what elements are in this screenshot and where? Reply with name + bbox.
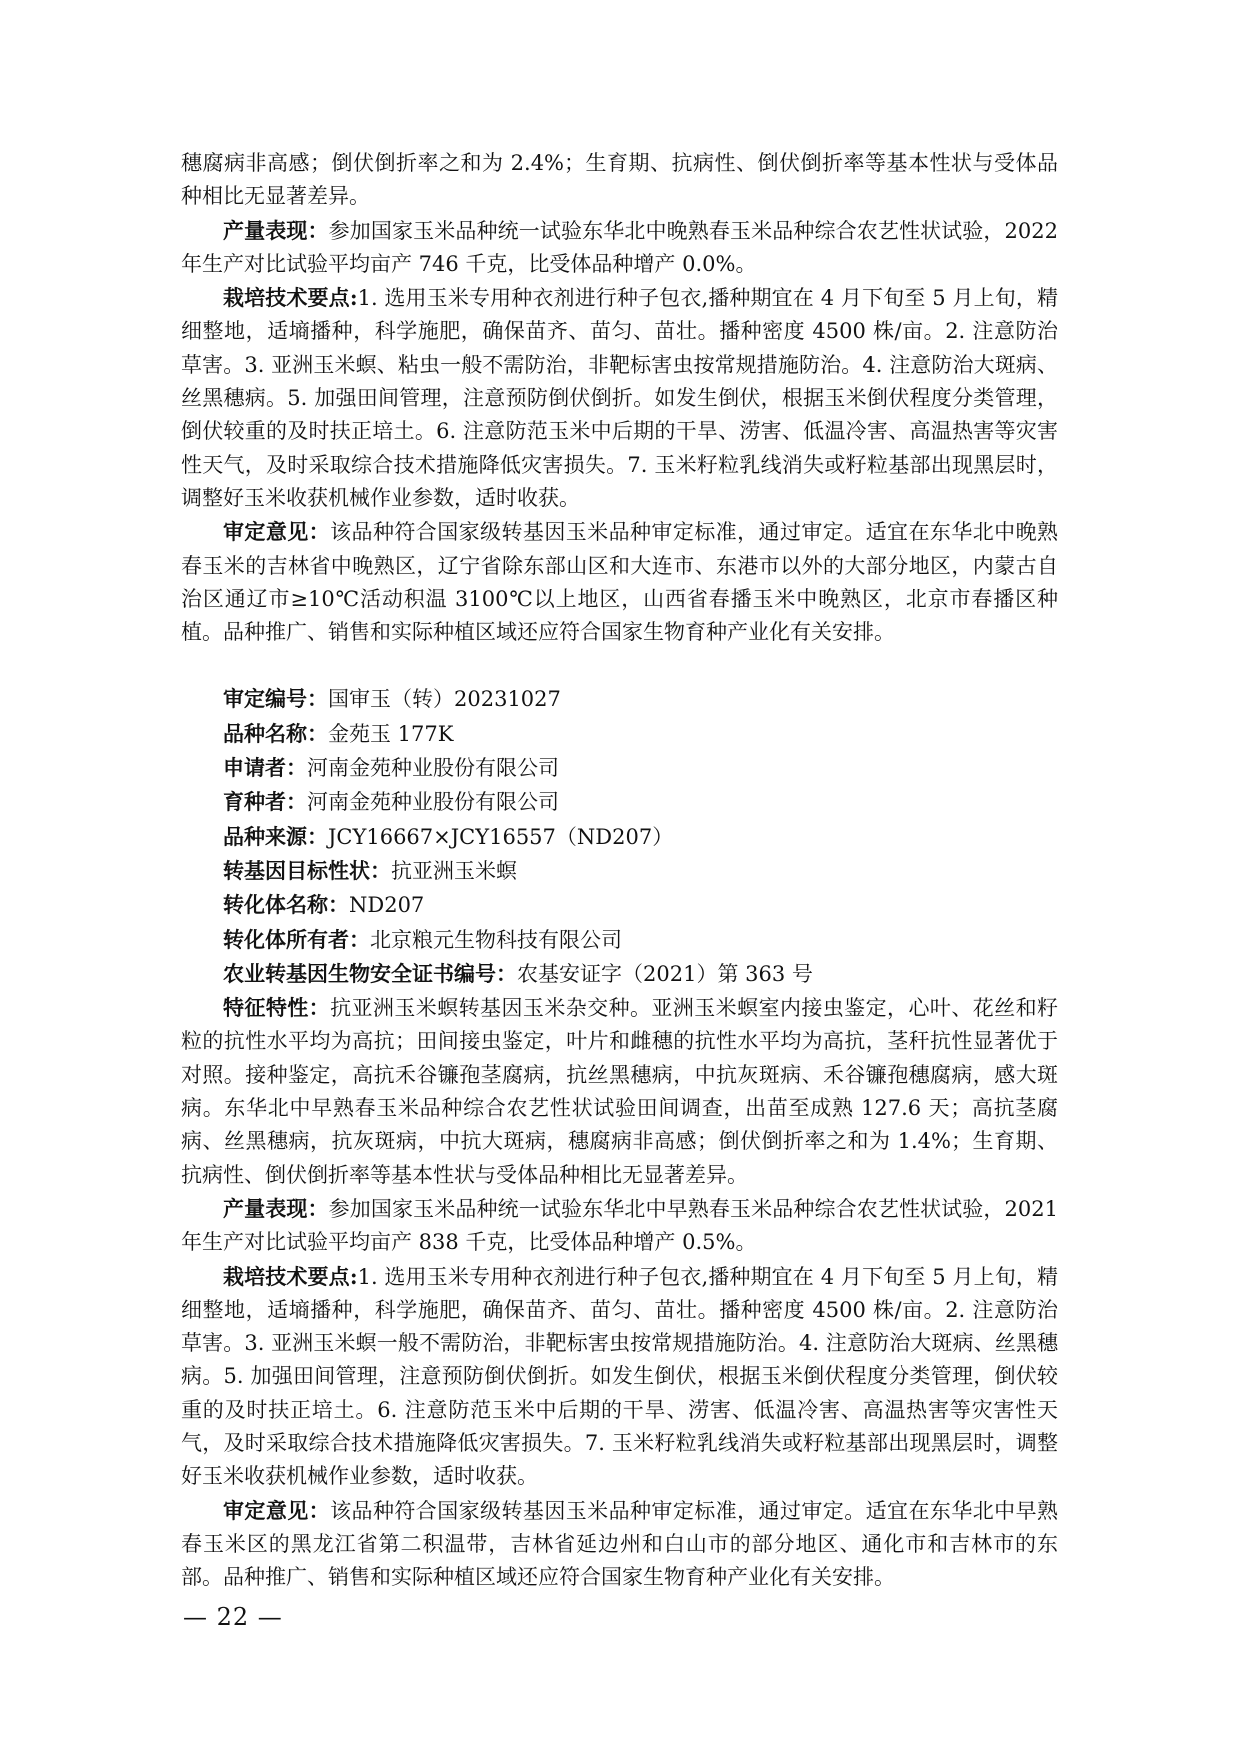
approval-number-value: 国审玉（转）20231027 — [328, 687, 561, 711]
meta-gm-target-trait: 转基因目标性状：抗亚洲玉米螟 — [181, 854, 1058, 888]
applicant-label: 申请者： — [223, 755, 307, 780]
section-gap — [181, 649, 1058, 682]
event-owner-label: 转化体所有者： — [223, 927, 370, 952]
characteristics-label: 特征特性： — [223, 995, 330, 1020]
event-owner-value: 北京粮元生物科技有限公司 — [370, 928, 622, 952]
characteristics-text: 抗亚洲玉米螟转基因玉米杂交种。亚洲玉米螟室内接虫鉴定，心叶、花丝和籽粒的抗性水平… — [181, 996, 1058, 1186]
variety-source-value: JCY16667×JCY16557（ND207） — [328, 825, 673, 849]
page-number: — 22 — — [183, 1603, 283, 1631]
meta-biosafety-certificate: 农业转基因生物安全证书编号：农基安证字（2021）第 363 号 — [181, 957, 1058, 991]
paragraph-cultivation-variety2: 栽培技术要点:1. 选用玉米专用种衣剂进行种子包衣,播种期宜在 4 月下旬至 5… — [181, 1260, 1058, 1494]
document-page: 穗腐病非高感；倒伏倒折率之和为 2.4%；生育期、抗病性、倒伏倒折率等基本性状与… — [0, 0, 1240, 1754]
cultivation-text: 1. 选用玉米专用种衣剂进行种子包衣,播种期宜在 4 月下旬至 5 月上旬，精细… — [181, 1265, 1058, 1489]
event-name-value: ND207 — [349, 893, 424, 917]
variety-source-label: 品种来源： — [223, 824, 328, 849]
approval-opinion-label: 审定意见： — [223, 1498, 330, 1523]
paragraph-continuation: 穗腐病非高感；倒伏倒折率之和为 2.4%；生育期、抗病性、倒伏倒折率等基本性状与… — [181, 147, 1058, 214]
yield-label: 产量表现： — [223, 218, 329, 243]
paragraph-yield-variety1: 产量表现：参加国家玉米品种统一试验东华北中晚熟春玉米品种综合农艺性状试验，202… — [181, 214, 1058, 282]
page-content: 穗腐病非高感；倒伏倒折率之和为 2.4%；生育期、抗病性、倒伏倒折率等基本性状与… — [181, 147, 1058, 1594]
paragraph-approval-opinion-variety2: 审定意见：该品种符合国家级转基因玉米品种审定标准，通过审定。适宜在东华北中早熟春… — [181, 1494, 1058, 1595]
yield-label: 产量表现： — [223, 1196, 329, 1221]
meta-applicant: 申请者：河南金苑种业股份有限公司 — [181, 751, 1058, 785]
approval-opinion-label: 审定意见： — [223, 519, 330, 544]
event-name-label: 转化体名称： — [223, 892, 349, 917]
paragraph-approval-opinion-variety1: 审定意见：该品种符合国家级转基因玉米品种审定标准，通过审定。适宜在东华北中晚熟春… — [181, 515, 1058, 649]
cultivation-label: 栽培技术要点: — [223, 285, 358, 310]
biosafety-certificate-label: 农业转基因生物安全证书编号： — [223, 961, 517, 986]
paragraph-yield-variety2: 产量表现：参加国家玉米品种统一试验东华北中早熟春玉米品种综合农艺性状试验，202… — [181, 1192, 1058, 1260]
breeder-label: 育种者： — [223, 789, 307, 814]
meta-variety-name: 品种名称：金苑玉 177K — [181, 717, 1058, 751]
meta-event-owner: 转化体所有者：北京粮元生物科技有限公司 — [181, 923, 1058, 957]
meta-event-name: 转化体名称：ND207 — [181, 888, 1058, 922]
meta-variety-source: 品种来源：JCY16667×JCY16557（ND207） — [181, 820, 1058, 854]
biosafety-certificate-value: 农基安证字（2021）第 363 号 — [517, 962, 813, 986]
gm-target-trait-value: 抗亚洲玉米螟 — [391, 859, 517, 883]
paragraph-characteristics-variety2: 特征特性：抗亚洲玉米螟转基因玉米杂交种。亚洲玉米螟室内接虫鉴定，心叶、花丝和籽粒… — [181, 991, 1058, 1192]
page-footer: — 22 — — [183, 1603, 283, 1631]
cultivation-label: 栽培技术要点: — [223, 1264, 358, 1289]
cultivation-text: 1. 选用玉米专用种衣剂进行种子包衣,播种期宜在 4 月下旬至 5 月上旬，精细… — [181, 286, 1058, 510]
meta-breeder: 育种者：河南金苑种业股份有限公司 — [181, 785, 1058, 819]
paragraph-cultivation-variety1: 栽培技术要点:1. 选用玉米专用种衣剂进行种子包衣,播种期宜在 4 月下旬至 5… — [181, 281, 1058, 515]
approval-number-label: 审定编号： — [223, 686, 328, 711]
variety-name-label: 品种名称： — [223, 721, 328, 746]
gm-target-trait-label: 转基因目标性状： — [223, 858, 391, 883]
meta-approval-number: 审定编号：国审玉（转）20231027 — [181, 682, 1058, 716]
variety-name-value: 金苑玉 177K — [328, 722, 453, 746]
paragraph-continuation-text: 穗腐病非高感；倒伏倒折率之和为 2.4%；生育期、抗病性、倒伏倒折率等基本性状与… — [181, 151, 1058, 208]
applicant-value: 河南金苑种业股份有限公司 — [307, 756, 559, 780]
breeder-value: 河南金苑种业股份有限公司 — [307, 790, 559, 814]
